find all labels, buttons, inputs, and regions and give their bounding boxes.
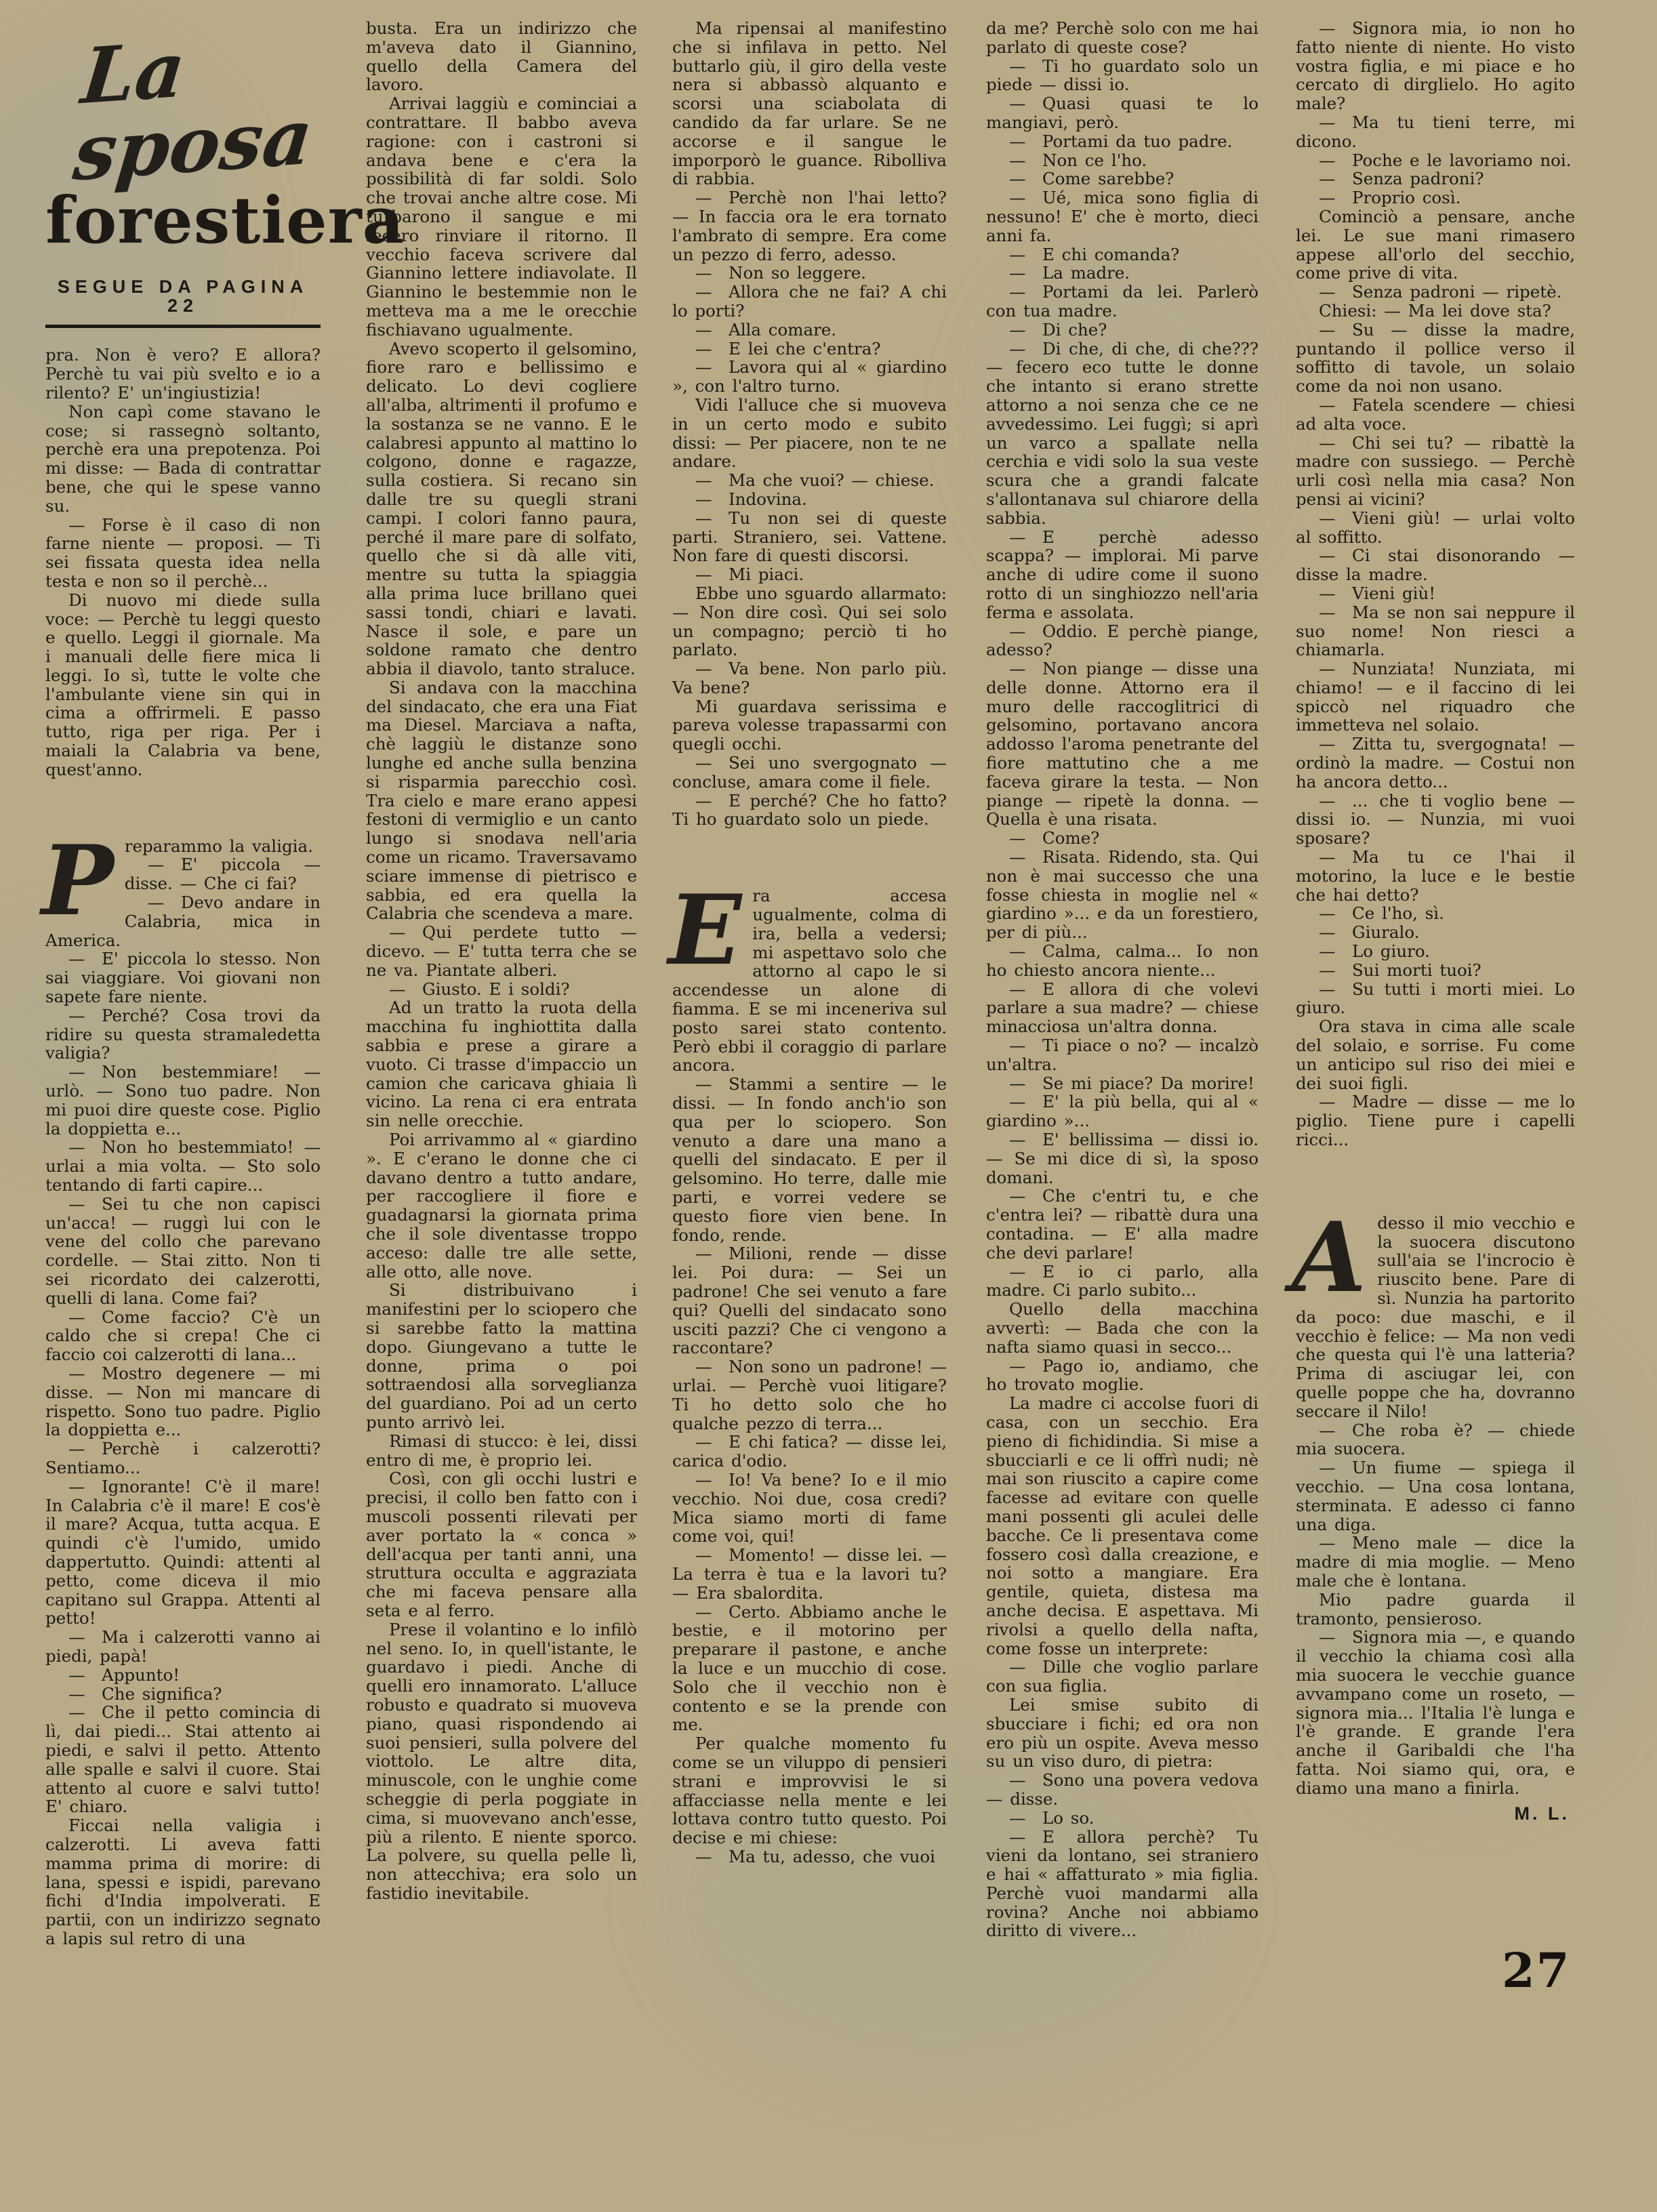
dialogue-paragraph: — Dille che voglio parlare con sua figli…	[986, 1658, 1259, 1696]
dialogue-paragraph: — Non sono un padrone! — urlai. — Perchè…	[672, 1357, 947, 1433]
dialogue-paragraph: — Non bestemmiare! — urlò. — Sono tuo pa…	[45, 1063, 321, 1138]
text-column-3: Ma ripensai al manifestino che si infila…	[672, 19, 947, 1866]
dialogue-paragraph: — Portami da lei. Parlerò con tua madre.	[986, 283, 1259, 321]
paragraph: Poi arrivammo al « giardino ». E c'erano…	[366, 1130, 637, 1281]
paragraph: Mio padre guarda il tramonto, pensieroso…	[1296, 1591, 1575, 1629]
dialogue-paragraph: — Io! Va bene? Io e il mio vecchio. Noi …	[672, 1471, 947, 1546]
dialogue-paragraph: — Che il petto comincia di lì, dai piedi…	[45, 1703, 321, 1816]
dialogue-paragraph: — Forse è il caso di non farne niente — …	[45, 516, 321, 591]
dialogue-paragraph: — Ma tu tieni terre, mi dicono.	[1296, 113, 1575, 151]
dialogue-paragraph: — Nunziata! Nunziata, mi chiamo! — e il …	[1296, 659, 1575, 735]
dialogue-paragraph: — Vieni giù!	[1296, 584, 1575, 603]
dialogue-paragraph: — Ci stai disonorando — disse la madre.	[1296, 546, 1575, 584]
column-body: busta. Era un indirizzo che m'aveva dato…	[366, 19, 637, 1903]
paragraph: busta. Era un indirizzo che m'aveva dato…	[366, 19, 637, 94]
dialogue-paragraph: — Oddio. E perchè piange, adesso?	[986, 622, 1259, 660]
dialogue-paragraph: — Portami da tuo padre.	[986, 132, 1259, 151]
dialogue-paragraph: — Pago io, andiamo, che ho trovato mogli…	[986, 1357, 1259, 1395]
dialogue-paragraph: — Poche e le lavoriamo noi.	[1296, 151, 1575, 170]
dialogue-paragraph: — E io ci parlo, alla madre. Ci parlo su…	[986, 1263, 1259, 1300]
dialogue-paragraph: — Ma tu, adesso, che vuoi	[672, 1847, 947, 1866]
dialogue-paragraph: — Va bene. Non parlo più. Va bene?	[672, 659, 947, 697]
dialogue-paragraph: — Perché? Cosa trovi da ridire su questa…	[45, 1006, 321, 1063]
text-column-4: da me? Perchè solo con me hai parlato di…	[986, 19, 1259, 1940]
dialogue-paragraph: — E' la più bella, qui al « giardino »..…	[986, 1092, 1259, 1130]
dialogue-paragraph: — Alla comare.	[672, 321, 947, 340]
dialogue-paragraph: — Lo so.	[986, 1809, 1259, 1828]
dialogue-paragraph: — Fatela scendere — chiesi ad alta voce.	[1296, 396, 1575, 434]
dialogue-paragraph: — Di che?	[986, 321, 1259, 340]
dialogue-paragraph: — Proprio così.	[1296, 188, 1575, 207]
dialogue-paragraph: — Ma tu ce l'hai il motorino, la luce e …	[1296, 848, 1575, 904]
paragraph: Chiesi: — Ma lei dove sta?	[1296, 302, 1575, 321]
paragraph: Si andava con la macchina del sindacato,…	[366, 678, 637, 923]
dialogue-paragraph: — E allora di che volevi parlare a sua m…	[986, 980, 1259, 1036]
dialogue-paragraph: — Ti ho guardato solo un piede — dissi i…	[986, 57, 1259, 95]
column-body: pra. Non è vero? E allora? Perchè tu vai…	[45, 346, 321, 1948]
author-initials: M. L.	[1296, 1805, 1570, 1824]
magazine-page: La sposa forestiera SEGUE DA PAGINA 22 p…	[0, 0, 1657, 2212]
dialogue-paragraph: — Perchè i calzerotti? Sentiamo...	[45, 1439, 321, 1477]
dialogue-paragraph: — Ma i calzerotti vanno ai piedi, papà!	[45, 1628, 321, 1666]
paragraph-with-dropcap: Adesso il mio vecchio e la suocera discu…	[1296, 1214, 1575, 1421]
paragraph: da me? Perchè solo con me hai parlato di…	[986, 19, 1259, 57]
dialogue-paragraph: — Non so leggere.	[672, 264, 947, 283]
dialogue-paragraph: — Sui morti tuoi?	[1296, 961, 1575, 980]
paragraph: La madre ci accolse fuori di casa, con u…	[986, 1394, 1259, 1658]
dialogue-paragraph: — Ti piace o no? — incalzò un'altra.	[986, 1036, 1259, 1074]
dialogue-paragraph: — Senza padroni — ripetè.	[1296, 283, 1575, 302]
dialogue-paragraph: — Lo giuro.	[1296, 942, 1575, 961]
dialogue-paragraph: — Non ce l'ho.	[986, 151, 1259, 170]
dialogue-paragraph: — Senza padroni?	[1296, 169, 1575, 188]
dialogue-paragraph: — E allora perchè? Tu vieni da lontano, …	[986, 1828, 1259, 1941]
continuation-note: SEGUE DA PAGINA 22	[45, 278, 321, 329]
dialogue-paragraph: — Giusto. E i soldi?	[366, 980, 637, 999]
paragraph: Ora stava in cima alle scale del solaio,…	[1296, 1017, 1575, 1092]
dialogue-paragraph: — Sono una povera vedova — disse.	[986, 1771, 1259, 1809]
paragraph: Ma ripensai al manifestino che si infila…	[672, 19, 947, 188]
paragraph: Per qualche momento fu come se un vilupp…	[672, 1734, 947, 1847]
dialogue-paragraph: — E lei che c'entra?	[672, 340, 947, 359]
article-header: La sposa forestiera SEGUE DA PAGINA 22	[45, 19, 321, 328]
dialogue-paragraph: — Chi sei tu? — ribattè la madre con sus…	[1296, 434, 1575, 509]
paragraph: Ebbe uno sguardo allarmato: — Non dire c…	[672, 584, 947, 659]
dialogue-paragraph: — Signora mia —, e quando il vecchio la …	[1296, 1628, 1575, 1797]
dialogue-paragraph: — ... che ti voglio bene — dissi io. — N…	[1296, 792, 1575, 848]
dialogue-paragraph: — E chi fatica? — disse lei, carica d'od…	[672, 1433, 947, 1471]
text-column-5: — Signora mia, io non ho fatto niente di…	[1296, 19, 1575, 1823]
paragraph: Ficcai nella valigia i calzerotti. Li av…	[45, 1816, 321, 1948]
dialogue-paragraph: — Perchè non l'hai letto? — In faccia or…	[672, 188, 947, 264]
paragraph: Lei smise subito di sbucciare i fichi; e…	[986, 1696, 1259, 1771]
paragraph-with-dropcap: Era accesa ugualmente, colma di ira, bel…	[672, 886, 947, 1075]
dialogue-paragraph: — Ce l'ho, sì.	[1296, 904, 1575, 923]
dialogue-paragraph: — Mostro degenere — mi disse. — Non mi m…	[45, 1364, 321, 1439]
dialogue-paragraph: — Non ho bestemmiato! — urlai a mia volt…	[45, 1138, 321, 1194]
dialogue-paragraph: — Zitta tu, svergognata! — ordinò la mad…	[1296, 735, 1575, 791]
dialogue-paragraph: — Ué, mica sono figlia di nessuno! E' ch…	[986, 188, 1259, 245]
dialogue-paragraph: — E perchè adesso scappa? — implorai. Mi…	[986, 528, 1259, 622]
dialogue-paragraph: — Che significa?	[45, 1685, 321, 1704]
dialogue-paragraph: — Su — disse la madre, puntando il polli…	[1296, 321, 1575, 396]
dialogue-paragraph: — Che c'entri tu, e che c'entra lei? — r…	[986, 1187, 1259, 1262]
paragraph: Avevo scoperto il gelsomino, fiore raro …	[366, 340, 637, 678]
paragraph: Cominciò a pensare, anche lei. Le sue ma…	[1296, 207, 1575, 283]
paragraph: Prese il volantino e lo infilò nel seno.…	[366, 1620, 637, 1903]
dialogue-paragraph: — Indovina.	[672, 490, 947, 509]
paragraph: Arrivai laggiù e cominciai a contrattare…	[366, 94, 637, 339]
dialogue-paragraph: — Stammi a sentire — le dissi. — In fond…	[672, 1075, 947, 1244]
dropcap-initial: P	[41, 846, 114, 916]
dialogue-paragraph: — Non piange — disse una delle donne. At…	[986, 659, 1259, 829]
text-column-1: La sposa forestiera SEGUE DA PAGINA 22 p…	[45, 19, 321, 1948]
dialogue-paragraph: — Come?	[986, 829, 1259, 848]
paragraph-with-dropcap: Preparammo la valigia.	[45, 837, 321, 856]
dialogue-paragraph: — Madre — disse — me lo piglio. Tiene pu…	[1296, 1092, 1575, 1149]
column-body: Ma ripensai al manifestino che si infila…	[672, 19, 947, 1866]
dropcap-initial: A	[1292, 1223, 1366, 1292]
dialogue-paragraph: — Lavora qui al « giardino », con l'altr…	[672, 358, 947, 396]
dialogue-paragraph: — Allora che ne fai? A chi lo porti?	[672, 283, 947, 321]
paragraph: Quello della macchina avvertì: — Bada ch…	[986, 1300, 1259, 1356]
dialogue-paragraph: — Appunto!	[45, 1666, 321, 1685]
dialogue-paragraph: — Certo. Abbiamo anche le bestie, e il m…	[672, 1603, 947, 1735]
dialogue-paragraph: — Come sarebbe?	[986, 169, 1259, 188]
dialogue-paragraph: — Qui perdete tutto — dicevo. — E' tutta…	[366, 923, 637, 979]
dialogue-paragraph: — Giuralo.	[1296, 923, 1575, 942]
dialogue-paragraph: — Un fiume — spiega il vecchio. — Una co…	[1296, 1458, 1575, 1534]
dialogue-paragraph: — Ma se non sai neppure il suo nome! Non…	[1296, 603, 1575, 659]
dialogue-paragraph: — Tu non sei di queste parti. Straniero,…	[672, 509, 947, 565]
dialogue-paragraph: — Meno male — dice la madre di mia mogli…	[1296, 1534, 1575, 1590]
paragraph: Rimasi di stucco: è lei, dissi entro di …	[366, 1432, 637, 1470]
paragraph: Ad un tratto la ruota della macchina fu …	[366, 998, 637, 1130]
paragraph: Mi guardava serissima e pareva volesse t…	[672, 697, 947, 754]
article-title-script: La sposa	[70, 22, 329, 192]
dialogue-paragraph: — Momento! — disse lei. — La terra è tua…	[672, 1546, 947, 1602]
dialogue-paragraph: — E perché? Che ho fatto? Ti ho guardato…	[672, 792, 947, 829]
dialogue-paragraph: — Ma che vuoi? — chiese.	[672, 471, 947, 490]
paragraph: Di nuovo mi diede sulla voce: — Perchè t…	[45, 591, 321, 779]
paragraph: Si distribuivano i manifestini per lo sc…	[366, 1281, 637, 1431]
paragraph: Non capì come stavano le cose; si rasseg…	[45, 403, 321, 516]
dialogue-paragraph: — Vieni giù! — urlai volto al soffitto.	[1296, 509, 1575, 547]
dialogue-paragraph: — Quasi quasi te lo mangiavi, però.	[986, 94, 1259, 132]
column-body: — Signora mia, io non ho fatto niente di…	[1296, 19, 1575, 1823]
dialogue-paragraph: — Se mi piace? Da morire!	[986, 1074, 1259, 1093]
dialogue-paragraph: — Che roba è? — chiede mia suocera.	[1296, 1421, 1575, 1459]
dialogue-paragraph: — E chi comanda?	[986, 245, 1259, 264]
dialogue-paragraph: — Milioni, rende — disse lei. Poi dura: …	[672, 1244, 947, 1357]
paragraph: Così, con gli occhi lustri e precisi, il…	[366, 1469, 637, 1620]
column-body: da me? Perchè solo con me hai parlato di…	[986, 19, 1259, 1940]
dialogue-paragraph: — Calma, calma... Io non ho chiesto anco…	[986, 942, 1259, 980]
dialogue-paragraph: — Signora mia, io non ho fatto niente di…	[1296, 19, 1575, 113]
dialogue-paragraph: — Su tutti i morti miei. Lo giuro.	[1296, 980, 1575, 1018]
paragraph: pra. Non è vero? E allora? Perchè tu vai…	[45, 346, 321, 402]
dialogue-paragraph: — La madre.	[986, 264, 1259, 283]
dropcap-initial: E	[668, 896, 741, 965]
dialogue-paragraph: — Sei tu che non capisci un'acca! — rugg…	[45, 1195, 321, 1308]
dialogue-paragraph: — E' piccola lo stesso. Non sai viaggiar…	[45, 949, 321, 1006]
paragraph: Vidi l'alluce che si muoveva in un certo…	[672, 396, 947, 471]
dialogue-paragraph: — Risata. Ridendo, sta. Qui non è mai su…	[986, 848, 1259, 942]
dialogue-paragraph: — Di che, di che, di che??? — fecero eco…	[986, 340, 1259, 528]
dialogue-paragraph: — Come faccio? C'è un caldo che si crepa…	[45, 1308, 321, 1364]
dialogue-paragraph: — Mi piaci.	[672, 565, 947, 584]
article-title-bold: forestiera	[45, 187, 321, 255]
text-column-2: busta. Era un indirizzo che m'aveva dato…	[366, 19, 637, 1903]
dialogue-paragraph: — Ignorante! C'è il mare! In Calabria c'…	[45, 1477, 321, 1628]
dialogue-paragraph: — Sei uno svergognato — concluse, amara …	[672, 754, 947, 792]
page-number: 27	[1502, 1942, 1570, 1999]
dialogue-paragraph: — E' bellissima — dissi io. — Se mi dice…	[986, 1130, 1259, 1187]
